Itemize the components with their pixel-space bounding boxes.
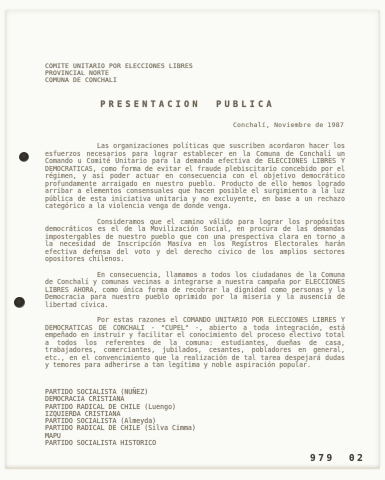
- body-paragraph: Consideramos que el camino válido para l…: [45, 219, 345, 264]
- body-paragraph: En consecuencia, llamamos a todos los ci…: [45, 272, 345, 310]
- body-paragraph: Por estas razones el COMANDO UNITARIO PO…: [45, 317, 345, 370]
- letterhead-line: COMUNA DE CONCHALI: [45, 77, 193, 84]
- party-name: PARTIDO SOCIALISTA HISTORICO: [45, 440, 196, 447]
- signatory-parties-list: PARTIDO SOCIALISTA (NUÑEZ)DEMOCRACIA CRI…: [45, 389, 196, 447]
- hole-punch-mark-top: [19, 152, 29, 162]
- document-paper: COMITE UNITARIO POR ELECCIONES LIBRESPRO…: [5, 10, 380, 469]
- archive-number-stamp: 979 02: [310, 453, 365, 464]
- scanned-document-page: COMITE UNITARIO POR ELECCIONES LIBRESPRO…: [0, 0, 385, 480]
- document-body: Las organizaciones políticas que suscrib…: [45, 143, 345, 378]
- hole-punch-mark-bottom: [14, 297, 25, 308]
- body-paragraph: Las organizaciones políticas que suscrib…: [45, 143, 345, 211]
- dateline: Conchalí, Noviembre de 1987: [233, 121, 344, 129]
- document-title: PRESENTACION PUBLICA: [5, 100, 370, 110]
- letterhead: COMITE UNITARIO POR ELECCIONES LIBRESPRO…: [45, 63, 193, 85]
- party-name: PARTIDO RADICAL DE CHILE (Silva Cimma): [45, 425, 196, 432]
